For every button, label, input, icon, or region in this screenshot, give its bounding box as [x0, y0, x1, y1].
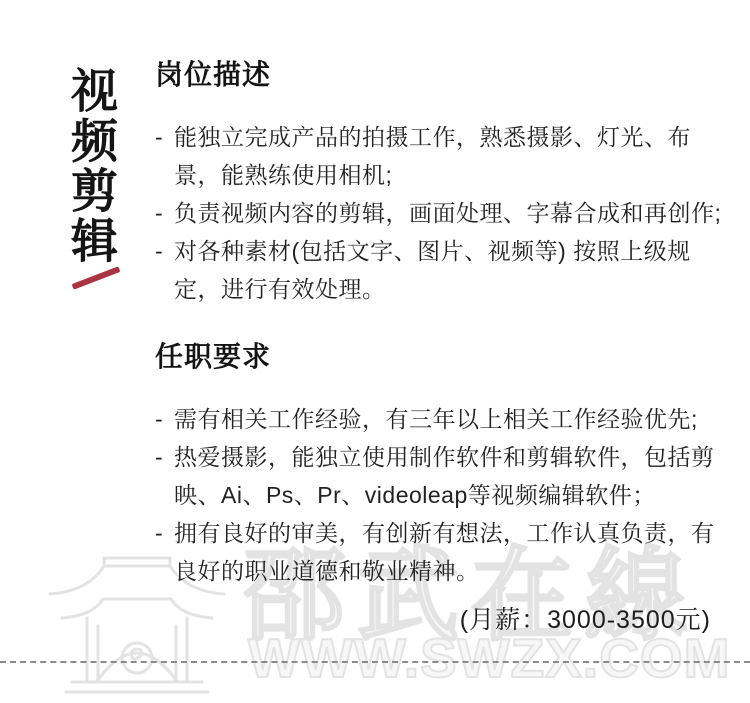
bullet-dash: - — [155, 438, 174, 514]
section-job-description: 岗位描述 - 能独立完成产品的拍摄工作，熟悉摄影、灯光、布景，能熟练使用相机; … — [155, 58, 725, 308]
list-item: - 热爱摄影，能独立使用制作软件和剪辑软件，包括剪映、Ai、Ps、Pr、vide… — [155, 438, 725, 514]
content-column: 岗位描述 - 能独立完成产品的拍摄工作，熟悉摄影、灯光、布景，能熟练使用相机; … — [155, 58, 725, 636]
bullet-dash: - — [155, 400, 174, 438]
bullet-dash: - — [155, 232, 174, 308]
list-item: - 负责视频内容的剪辑，画面处理、字幕合成和再创作; — [155, 194, 725, 232]
list-item: - 拥有良好的审美，有创新有想法，工作认真负责，有良好的职业道德和敬业精神。 — [155, 514, 725, 590]
salary-note: (月薪：3000-3500元) — [155, 600, 725, 636]
section-heading: 任职要求 — [155, 340, 725, 374]
bullet-text: 能独立完成产品的拍摄工作，熟悉摄影、灯光、布景，能熟练使用相机; — [174, 118, 725, 194]
main-content: 视频剪辑 岗位描述 - 能独立完成产品的拍摄工作，熟悉摄影、灯光、布景，能熟练使… — [0, 0, 750, 703]
bullet-text: 负责视频内容的剪辑，画面处理、字幕合成和再创作; — [174, 194, 725, 232]
bullet-text: 需有相关工作经验，有三年以上相关工作经验优先; — [174, 400, 725, 438]
bullet-text: 对各种素材(包括文字、图片、视频等) 按照上级规定，进行有效处理。 — [174, 232, 725, 308]
section-job-requirements: 任职要求 - 需有相关工作经验，有三年以上相关工作经验优先; - 热爱摄影，能独… — [155, 340, 725, 590]
bullet-dash: - — [155, 514, 174, 590]
job-posting-page: 邵武在線 WWW.SWZX.COM 视频剪辑 岗位描述 - 能独立完成产品的拍摄… — [0, 0, 750, 703]
list-item: - 需有相关工作经验，有三年以上相关工作经验优先; — [155, 400, 725, 438]
list-item: - 对各种素材(包括文字、图片、视频等) 按照上级规定，进行有效处理。 — [155, 232, 725, 308]
bullet-text: 拥有良好的审美，有创新有想法，工作认真负责，有良好的职业道德和敬业精神。 — [174, 514, 725, 590]
page-title-vertical: 视频剪辑 — [64, 66, 118, 266]
list-item: - 能独立完成产品的拍摄工作，熟悉摄影、灯光、布景，能熟练使用相机; — [155, 118, 725, 194]
red-slash-accent — [72, 266, 121, 290]
bullet-dash: - — [155, 118, 174, 194]
section-heading: 岗位描述 — [155, 58, 725, 92]
bullet-dash: - — [155, 194, 174, 232]
bullet-text: 热爱摄影，能独立使用制作软件和剪辑软件，包括剪映、Ai、Ps、Pr、videol… — [174, 438, 725, 514]
